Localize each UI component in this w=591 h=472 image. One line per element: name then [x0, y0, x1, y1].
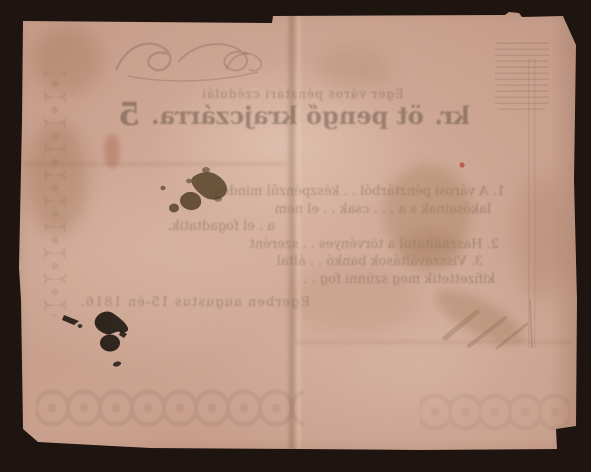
banknote-paper: Eger város pénztári czédulái kr. öt peng…: [0, 0, 591, 472]
edge-shading: [0, 0, 591, 472]
photo-stage: Eger város pénztári czédulái kr. öt peng…: [0, 0, 591, 472]
